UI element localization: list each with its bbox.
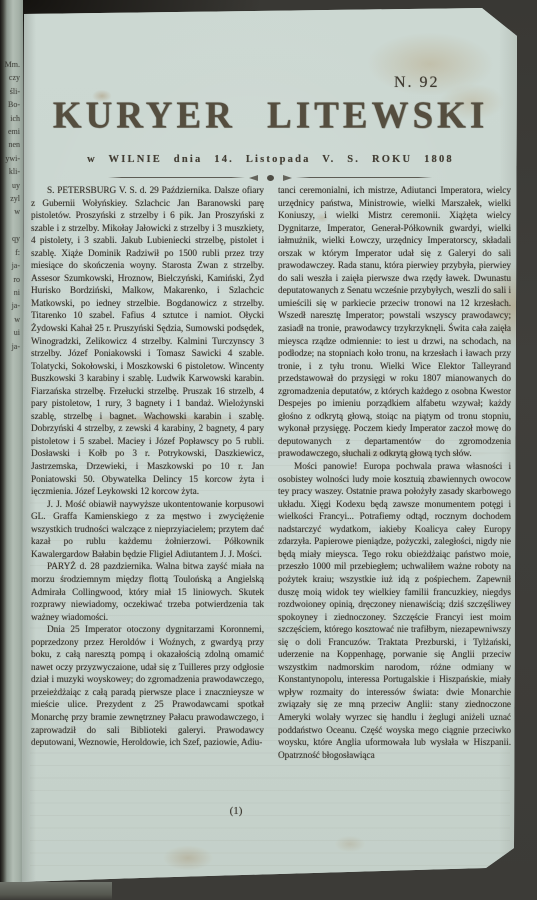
- article-paragraph-speech: Mości panowie! Europa pochwala prawa wła…: [278, 461, 511, 762]
- scanned-newspaper-view: Mm. czy śli- Bo- ich emi nen ywi- kli- u…: [0, 0, 537, 900]
- article-paragraph-dnia25: Dnia 25 Imperator otoczony dygnitarzami …: [31, 624, 264, 749]
- dateline: w WILNIE dnia 14. Listopada V. S. ROKU 1…: [20, 154, 521, 165]
- newspaper-title: KURYER LITEWSKI: [20, 93, 521, 138]
- adjacent-page-edge: Mm. czy śli- Bo- ich emi nen ywi- kli- u…: [0, 0, 23, 884]
- divider-line-left: [108, 177, 245, 178]
- ornamental-divider: [108, 173, 432, 182]
- article-paragraph-paryz: PARYŻ d. 28 pazdziernika. Walna bitwa za…: [31, 561, 264, 624]
- divider-arrowhead-right: [283, 175, 292, 181]
- article-paragraph-ukontentowanie: J. J. Mość obiawił naywyższe ukontentowa…: [31, 499, 264, 562]
- divider-center-ornament: [267, 175, 274, 181]
- left-column: S. PETERSBURG V. S. d. 29 Października. …: [31, 185, 264, 813]
- adjacent-page-text-fragments: Mm. czy śli- Bo- ich emi nen ywi- kli- u…: [3, 58, 20, 353]
- divider-arrowhead-left: [249, 175, 258, 181]
- right-column: tanci ceremonialni, ich mistrze, Adiutan…: [278, 185, 511, 813]
- issue-number: N. 92: [394, 74, 440, 92]
- divider-line-right: [296, 177, 433, 178]
- under-sheet-edge: [0, 882, 112, 900]
- article-paragraph-continuation: tanci ceremonialni, ich mistrze, Adiutan…: [278, 185, 511, 461]
- article-paragraph-petersburg: S. PETERSBURG V. S. d. 29 Października. …: [31, 185, 264, 499]
- article-body: S. PETERSBURG V. S. d. 29 Października. …: [31, 185, 511, 813]
- page-signature-mark: (1): [206, 805, 266, 817]
- newspaper-page: N. 92 KURYER LITEWSKI w WILNIE dnia 14. …: [20, 6, 521, 886]
